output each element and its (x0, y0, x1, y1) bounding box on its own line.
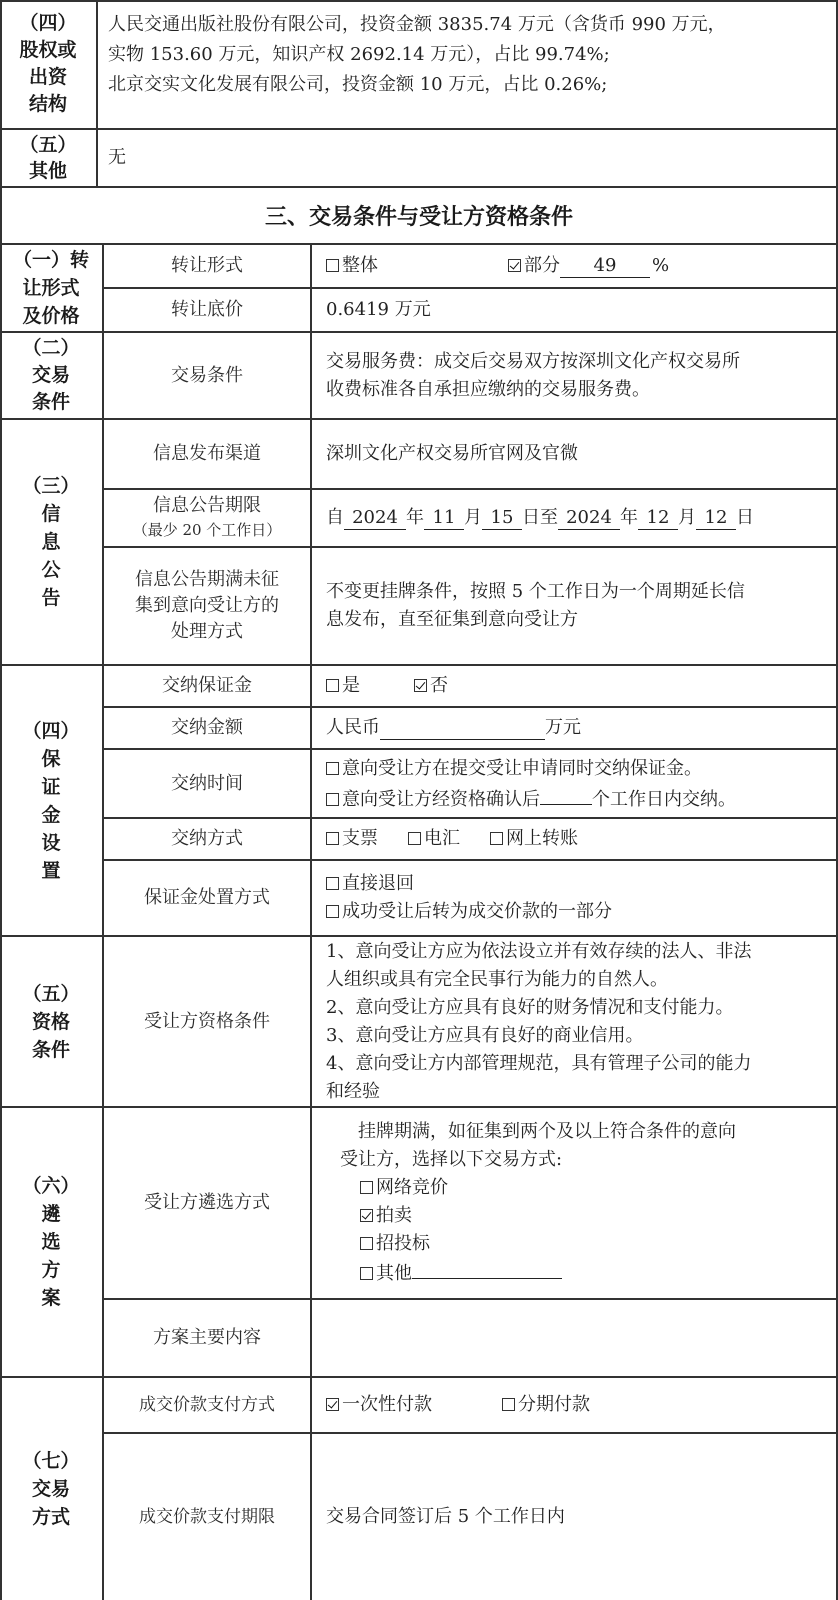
label-line: （五） (19, 132, 76, 158)
equity-structure-value: 人民交通出版社股份有限公司，投资金额 3835.74 万元（含货币 990 万元… (98, 10, 836, 120)
label-line: 让形式 (22, 274, 79, 302)
checkbox-icon[interactable] (326, 832, 339, 845)
label-line: 选 (41, 1228, 60, 1256)
info-announcement-label: （三） 信 息 公 告 (0, 420, 102, 664)
label-line: 金 (41, 801, 60, 829)
label-line: 其他 (29, 158, 67, 184)
other-method-field[interactable] (412, 1258, 562, 1279)
method-cheque-option[interactable]: 支票 (326, 825, 378, 853)
plan-content-label: 方案主要内容 (104, 1300, 310, 1376)
checkbox-icon[interactable] (326, 793, 339, 806)
label-line: 信 (41, 500, 60, 528)
disposal-return-option[interactable]: 直接退回 (326, 870, 612, 898)
label-line: （四） (19, 10, 76, 37)
disposal-convert-option[interactable]: 成功受让后转为成交价款的一部分 (326, 898, 612, 926)
label-line: 条件 (32, 1036, 70, 1064)
transfer-form-label: 转让形式 (104, 245, 310, 287)
trade-conditions-label: （二） 交易 条件 (0, 333, 102, 418)
label-line: 资格 (32, 1008, 70, 1036)
qualification-item: 和经验 (326, 1078, 751, 1106)
label-line: 息 (41, 528, 60, 556)
label-line: 交易 (32, 362, 70, 389)
label-line: 出资 (29, 64, 67, 91)
start-day-field[interactable]: 15 (482, 507, 522, 530)
qualification-item: 2、意向受让方应具有良好的财务情况和支付能力。 (326, 994, 751, 1022)
label-line: （六） (22, 1172, 79, 1200)
label-line: 方 (41, 1256, 60, 1284)
checkbox-checked-icon[interactable] (360, 1209, 373, 1222)
deposit-time-label: 交纳时间 (104, 750, 310, 817)
label-line: 案 (41, 1284, 60, 1312)
qualification-value: 1、意向受让方应为依法设立并有效存续的法人、非法 人组织或具有完全民事行为能力的… (312, 937, 836, 1106)
payment-method-value: 一次性付款 分期付款 (312, 1378, 836, 1432)
section-title: 三、交易条件与受让方资格条件 (0, 188, 838, 243)
deposit-method-value: 支票 电汇 网上转账 (312, 819, 836, 859)
checkbox-icon[interactable] (326, 905, 339, 918)
reserve-price-label: 转让底价 (104, 289, 310, 331)
deposit-amount-value: 人民币 万元 (312, 708, 836, 748)
label-line: 交易 (32, 1475, 70, 1503)
trade-conditions-value: 交易服务费：成交后交易双方按深圳文化产权交易所 收费标准各自承担应缴纳的交易服务… (312, 333, 836, 418)
transfer-form-value: 整体 部分 49 % (312, 245, 836, 287)
method-wire-option[interactable]: 电汇 (408, 825, 460, 853)
deposit-days-field[interactable] (540, 784, 592, 805)
start-year-field[interactable]: 2024 (344, 507, 406, 530)
checkbox-icon[interactable] (408, 832, 421, 845)
label-line: 及价格 (22, 302, 79, 330)
checkbox-icon[interactable] (360, 1267, 373, 1280)
rule (0, 0, 838, 2)
start-month-field[interactable]: 11 (424, 507, 464, 530)
period-value: 自 2024 年 11 月 15 日 至 2024 年 12 月 12 日 (312, 490, 836, 546)
checkbox-icon[interactable] (502, 1398, 515, 1411)
label-line: （五） (22, 980, 79, 1008)
label-line: 公 (41, 556, 60, 584)
checkbox-icon[interactable] (326, 762, 339, 775)
label-line: 结构 (29, 91, 67, 118)
label-line: 遴 (41, 1200, 60, 1228)
partial-percent-field[interactable]: 49 (560, 255, 650, 278)
qualification-label: （五） 资格 条件 (0, 937, 102, 1106)
checkbox-icon[interactable] (490, 832, 503, 845)
deposit-disposal-value: 直接退回 成功受让后转为成交价款的一部分 (312, 861, 836, 935)
channel-label: 信息发布渠道 (104, 420, 310, 488)
selection-method-value: 挂牌期满，如征集到两个及以上符合条件的意向 受让方，选择以下交易方式: 网络竞价… (312, 1108, 836, 1298)
channel-value: 深圳文化产权交易所官网及官微 (312, 420, 836, 488)
label-line: 方式 (32, 1503, 70, 1531)
checkbox-checked-icon[interactable] (508, 259, 521, 272)
label-line: 告 (41, 584, 60, 612)
expiry-handling-label: 信息公告期满未征 集到意向受让方的 处理方式 (104, 548, 310, 664)
qualification-sublabel: 受让方资格条件 (104, 937, 310, 1106)
deposit-method-label: 交纳方式 (104, 819, 310, 859)
shareholder-line: 人民交通出版社股份有限公司，投资金额 3835.74 万元（含货币 990 万元… (108, 10, 726, 40)
equity-structure-label: （四） 股权或 出资 结构 (0, 0, 96, 128)
label-line: （二） (22, 335, 79, 362)
checkbox-icon[interactable] (326, 259, 339, 272)
deposit-amount-field[interactable] (380, 717, 545, 740)
trade-conditions-sublabel: 交易条件 (104, 333, 310, 418)
payment-installment-option[interactable]: 分期付款 (502, 1391, 590, 1419)
deposit-required-value: 是 否 (312, 666, 836, 706)
label-line: 置 (41, 857, 60, 885)
selection-option-auction[interactable]: 拍卖 (340, 1202, 736, 1230)
label-line: （七） (22, 1447, 79, 1475)
qualification-item: 人组织或具有完全民事行为能力的自然人。 (326, 966, 751, 994)
method-online-option[interactable]: 网上转账 (490, 825, 578, 853)
period-label: 信息公告期限 （最少 20 个工作日） (104, 490, 310, 546)
checkbox-checked-icon[interactable] (414, 679, 427, 692)
label-line: 证 (41, 773, 60, 801)
deposit-label: （四） 保 证 金 设 置 (0, 666, 102, 935)
payment-deadline-label: 成交价款支付期限 (104, 1434, 310, 1600)
deposit-disposal-label: 保证金处置方式 (104, 861, 310, 935)
payment-lump-sum-option[interactable]: 一次性付款 (326, 1391, 432, 1419)
selection-option-other[interactable]: 其他 (340, 1258, 736, 1288)
payment-method-label: 成交价款支付方式 (104, 1378, 310, 1432)
transfer-label: （一）转 让形式 及价格 (0, 245, 102, 331)
label-line: （一）转 (13, 246, 89, 274)
selection-method-label: 受让方遴选方式 (104, 1108, 310, 1298)
other-value: 无 (98, 130, 836, 186)
expiry-handling-value: 不变更挂牌条件，按照 5 个工作日为一个周期延长信 息发布，直至征集到意向受让方 (312, 548, 836, 664)
end-month-field[interactable]: 12 (638, 507, 678, 530)
reserve-price-value: 0.6419 万元 (312, 289, 836, 331)
checkbox-icon[interactable] (326, 877, 339, 890)
deposit-time-value: 意向受让方在提交受让申请同时交纳保证金。 意向受让方经资格确认后个工作日内交纳。 (312, 750, 836, 817)
checkbox-icon[interactable] (360, 1237, 373, 1250)
label-line: （三） (22, 472, 79, 500)
end-day-field[interactable]: 12 (696, 507, 736, 530)
payment-deadline-value: 交易合同签订后 5 个工作日内 (312, 1434, 836, 1600)
shareholder-line: 北京交实文化发展有限公司，投资金额 10 万元，占比 0.26%; (108, 70, 726, 100)
whole-option[interactable]: 整体 (326, 252, 378, 280)
label-line: 条件 (32, 389, 70, 416)
deposit-required-label: 交纳保证金 (104, 666, 310, 706)
qualification-item: 4、意向受让方内部管理规范，具有管理子公司的能力 (326, 1050, 751, 1078)
partial-option[interactable]: 部分 (508, 252, 560, 280)
other-label: （五） 其他 (0, 130, 96, 186)
end-year-field[interactable]: 2024 (558, 507, 620, 530)
checkbox-icon[interactable] (360, 1181, 373, 1194)
deposit-yes-option[interactable]: 是 (326, 672, 360, 700)
selection-label: （六） 遴 选 方 案 (0, 1108, 102, 1376)
checkbox-icon[interactable] (326, 679, 339, 692)
label-line: 股权或 (19, 37, 76, 64)
qualification-item: 1、意向受让方应为依法设立并有效存续的法人、非法 (326, 938, 751, 966)
deposit-time-option-2[interactable]: 意向受让方经资格确认后个工作日内交纳。 (326, 784, 736, 815)
selection-option-tender[interactable]: 招投标 (340, 1230, 736, 1258)
deposit-no-option[interactable]: 否 (414, 672, 448, 700)
deposit-time-option-1[interactable]: 意向受让方在提交受让申请同时交纳保证金。 (326, 753, 736, 784)
deposit-amount-label: 交纳金额 (104, 708, 310, 748)
selection-option-online-bidding[interactable]: 网络竞价 (340, 1174, 736, 1202)
label-line: 设 (41, 829, 60, 857)
listing-document-page: （四） 股权或 出资 结构 人民交通出版社股份有限公司，投资金额 3835.74… (0, 0, 838, 1600)
shareholder-line: 实物 153.60 万元，知识产权 2692.14 万元），占比 99.74%; (108, 40, 726, 70)
label-line: 保 (41, 745, 60, 773)
qualification-item: 3、意向受让方应具有良好的商业信用。 (326, 1022, 751, 1050)
trade-method-label: （七） 交易 方式 (0, 1378, 102, 1600)
plan-content-value[interactable] (312, 1300, 836, 1376)
label-line: （四） (22, 717, 79, 745)
checkbox-checked-icon[interactable] (326, 1398, 339, 1411)
